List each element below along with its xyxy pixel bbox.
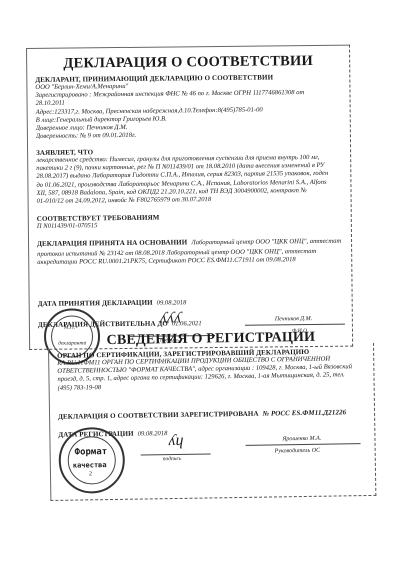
signature-mark: ʎʎʎ: [160, 309, 181, 327]
org-section: ОРГАН ПО СЕРТИФИКАЦИИ, ЗАРЕГИСТРИРОВАВШИ…: [57, 347, 368, 393]
certification-stamp: Формат качества 2: [58, 427, 125, 494]
accepted-date: 09.08.2018: [157, 299, 187, 306]
declares-section: ЗАЯВЛЯЕТ, ЧТО лекарственное средство: Ни…: [36, 146, 345, 206]
stamp-line2: качества: [73, 461, 107, 470]
registration-sheet: СВЕДЕНИЯ О РЕГИСТРАЦИИ ОРГАН ПО СЕРТИФИК…: [48, 343, 376, 501]
stamp-num: 2: [89, 471, 92, 477]
declarant-section: ДЕКЛАРАНТ, ПРИНИМАЮЩИЙ ДЕКЛАРАЦИЮ О СООТ…: [35, 73, 344, 142]
reg-date-value: 09.08.2018: [138, 430, 168, 437]
registered-number: № РОСС ES.ФМ11.Д21226: [263, 408, 347, 417]
stamp-line1: Формат: [75, 447, 108, 458]
declarant-name: Печников Д.М.: [275, 316, 312, 322]
page-title: ДЕКЛАРАЦИЯ О СООТВЕТСТВИИ: [27, 53, 349, 73]
basis-heading: ДЕКЛАРАЦИЯ ПРИНЯТА НА ОСНОВАНИИ: [37, 238, 187, 248]
signature-caption: подпись: [163, 456, 182, 462]
declaration-sheet: ДЕКЛАРАЦИЯ О СООТВЕТСТВИИ ДЕКЛАРАНТ, ПРИ…: [26, 45, 353, 350]
basis-section: ДЕКЛАРАЦИЯ ПРИНЯТА НА ОСНОВАНИИ Лаборато…: [37, 230, 345, 268]
head-name: Ярошенко М.А.: [282, 436, 321, 443]
head-caption: Руководитель ОС: [275, 448, 321, 455]
accepted-label: ДАТА ПРИНЯТИЯ ДЕКЛАРАЦИИ: [38, 299, 153, 308]
stamp-mp-text: М.П.: [64, 324, 75, 330]
signature-mark: ʎɥ: [168, 432, 183, 450]
basis-line: Лабораторный центр ООО "ЦКК ОНЦ", аттест…: [191, 238, 341, 247]
registered-label: ДЕКЛАРАЦИЯ О СООТВЕТСТВИИ ЗАРЕГИСТРИРОВА…: [58, 410, 259, 421]
requirements-section: СООТВЕТСТВУЕТ ТРЕБОВАНИЯМ П N011439/01-0…: [37, 212, 345, 231]
